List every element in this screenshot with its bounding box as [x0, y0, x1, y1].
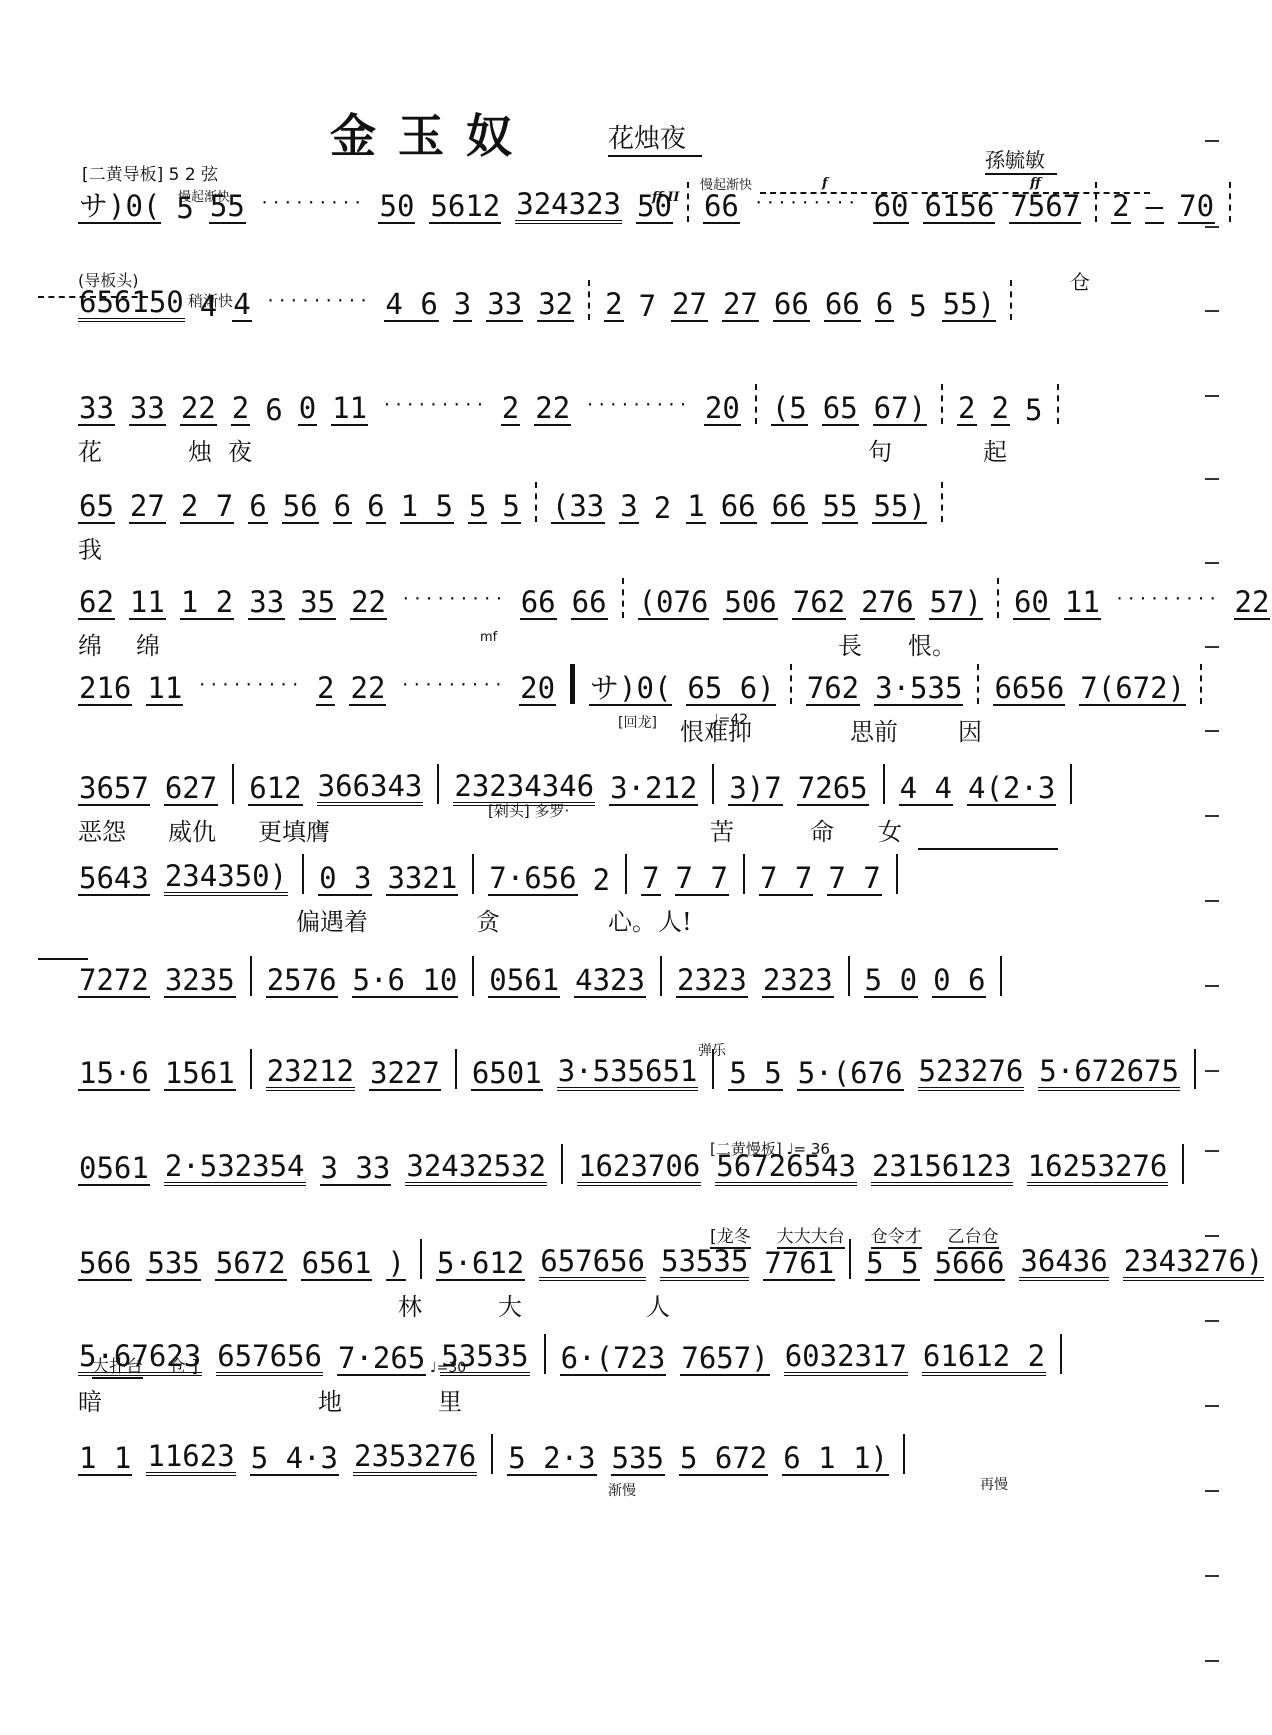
margin-mark [1205, 1150, 1219, 1152]
note-group: 6656 [993, 674, 1065, 706]
sustain-dots: ········· [260, 193, 365, 212]
note-group: 5 0 [864, 966, 918, 998]
note-group: 5 5 [728, 1059, 782, 1091]
lyric-text: 句 [868, 432, 892, 467]
note-group: 4 [199, 292, 218, 322]
lyric-text: 绵 [136, 626, 160, 661]
note-group: 6 1 1) [782, 1444, 889, 1476]
note-group: 65 [822, 394, 859, 426]
note-group: 27 [671, 290, 708, 322]
note-group: 7·656 [488, 864, 577, 896]
barline [535, 482, 537, 522]
barline [755, 384, 757, 424]
note-group: 22 [1234, 588, 1271, 620]
note-group: 23234346 [453, 772, 595, 806]
note-group: 324323 [515, 190, 622, 224]
note-group: 61612 2 [922, 1342, 1046, 1376]
note-group: 7761 [763, 1249, 835, 1281]
note-group: 22 [350, 588, 387, 620]
note-group: 66 [771, 492, 808, 524]
note-group: 5·67623 [78, 1342, 202, 1376]
note-group: 3·212 [609, 774, 698, 806]
tempo-marking: 再慢 [980, 1474, 1008, 1494]
barline [660, 956, 662, 996]
barline [1070, 764, 1072, 804]
note-group: 762 [806, 674, 860, 706]
lyric-text: 花 [78, 432, 102, 467]
note-group: 5 5 [865, 1249, 919, 1281]
note-group: 60 [873, 192, 910, 224]
note-group: 22 [180, 394, 217, 426]
margin-mark [1205, 1490, 1219, 1492]
note-group: 65 [78, 492, 115, 524]
margin-mark [1205, 310, 1219, 312]
note-group: 4323 [574, 966, 646, 998]
notation-line: 62111 2333522·········6666(0765067622765… [78, 576, 1138, 620]
note-group: 2343276) [1123, 1247, 1265, 1281]
notation-line: 65272 7656661 555(3332166665555) [78, 480, 1138, 524]
extension-line [918, 848, 1058, 850]
sustain-dots: ········· [1115, 589, 1220, 608]
note-group: 6501 [471, 1059, 543, 1091]
note-group: 216 [78, 674, 132, 706]
note-group: 67) [873, 394, 927, 426]
barline [1200, 664, 1202, 704]
note-group: 60 [1013, 588, 1050, 620]
note-group: 0 3 [318, 864, 372, 896]
note-group: 27 [722, 290, 759, 322]
note-group: 23156123 [871, 1152, 1013, 1186]
note-group: 62 [78, 588, 115, 620]
note-group: 2323 [676, 966, 748, 998]
note-group: 1623706 [577, 1152, 701, 1186]
barline [588, 280, 590, 320]
margin-mark [1205, 226, 1219, 228]
margin-mark [1205, 140, 1219, 142]
note-group: 57) [929, 588, 983, 620]
lyrics-line: 恨难抑思前因 [78, 712, 1138, 744]
barline [1194, 1049, 1196, 1089]
note-group: 657656 [216, 1342, 323, 1376]
barline [896, 854, 898, 894]
notation-system: 65272 7656661 555(3332166665555)我 [78, 480, 1138, 562]
note-group: 5·612 [436, 1249, 525, 1281]
note-group: 535 [146, 1249, 200, 1281]
notation-line: 65615044·········4 63333227272766666555) [78, 278, 1138, 322]
lyrics-line: 林大人 [78, 1287, 1138, 1319]
barline [743, 854, 745, 894]
note-group: 66 [720, 492, 757, 524]
barline [420, 1239, 422, 1279]
note-group: 2 [957, 394, 976, 426]
note-group: 1 1 [78, 1444, 132, 1476]
notation-system: 21611·········222·········20サ)0(65 6)762… [78, 662, 1138, 744]
barline [790, 664, 792, 704]
notation-line: 21611·········222·········20サ)0(65 6)762… [78, 662, 1138, 706]
note-group: 65 6) [686, 674, 775, 706]
note-group: 5 [468, 492, 487, 524]
note-group: サ)0( [589, 674, 672, 706]
note-group: 33 [248, 588, 285, 620]
note-group: 7 [638, 292, 657, 322]
barline [712, 1049, 714, 1089]
sustain-dots: ········· [585, 395, 690, 414]
note-group: 56726543 [715, 1152, 857, 1186]
note-group: 20 [519, 674, 556, 706]
barline [687, 182, 689, 222]
lyric-text: 更填膺 [258, 812, 330, 847]
note-group: 535 [611, 1444, 665, 1476]
note-group: 7(672) [1079, 674, 1186, 706]
margin-mark [1205, 1070, 1219, 1072]
notation-system: 5643234350)0 333217·656277 77 77 7偏遇着贪心。… [78, 852, 1138, 934]
barline [1060, 1334, 1062, 1374]
note-group: 1561 [164, 1059, 236, 1091]
note-group: 1 [686, 492, 705, 524]
lyrics-line: 花烛夜句起 [78, 432, 1138, 464]
note-group: 2 [991, 394, 1010, 426]
note-group: 6·(723 [560, 1344, 667, 1376]
barline [941, 384, 943, 424]
notation-system: 05612·5323543 33324325321623706567265432… [78, 1142, 1138, 1186]
note-group: 2576 [266, 966, 338, 998]
notation-system: 33332226011·········222·········20(56567… [78, 382, 1138, 464]
note-group: 5666 [934, 1249, 1006, 1281]
note-group: 3227 [369, 1059, 441, 1091]
barline [903, 1434, 905, 1474]
margin-mark [1205, 1405, 1219, 1407]
lyric-text: 恶怨 [78, 812, 126, 847]
note-group: サ)0( [78, 192, 161, 224]
note-group: 32432532 [405, 1152, 547, 1186]
lyric-text: 長 [838, 626, 862, 661]
note-group: 0 6 [932, 966, 986, 998]
margin-mark [1205, 646, 1219, 648]
barline [625, 854, 627, 894]
margin-mark [1205, 478, 1219, 480]
note-group: 366343 [317, 772, 424, 806]
note-group: 4(2·3 [967, 774, 1056, 806]
note-group: 1 2 [180, 588, 234, 620]
note-group: 5 [1024, 396, 1043, 426]
lyric-text: 偏遇着 [296, 902, 368, 937]
lyrics-line: 恶怨威仇更填膺苦命女 [78, 812, 1138, 844]
notation-line: サ)0(555·········5056123243235066········… [78, 180, 1138, 224]
note-group: 20 [704, 394, 741, 426]
lyric-text: 恨。 [908, 626, 956, 661]
lyric-text: 林 [398, 1287, 422, 1322]
note-group: 7567 [1009, 192, 1081, 224]
note-group: 6032317 [784, 1342, 908, 1376]
note-group: 11 [146, 674, 183, 706]
note-group: 3)7 [728, 774, 782, 806]
margin-mark [1205, 1235, 1219, 1237]
note-group: (33 [551, 492, 605, 524]
note-group: 5 [501, 492, 520, 524]
tempo-marking: 渐慢 [608, 1480, 636, 1500]
note-group: 15·6 [78, 1059, 150, 1091]
notation-line: 15·6156123212322765013·5356515 55·(67652… [78, 1047, 1138, 1091]
lyric-text: 思前 [850, 712, 898, 747]
note-group: 33 [78, 394, 115, 426]
barline [491, 1434, 493, 1474]
barline [622, 578, 624, 618]
note-group: 612 [248, 774, 302, 806]
margin-mark [1205, 815, 1219, 817]
notation-system: 65615044·········4 63333227272766666555) [78, 278, 1138, 322]
note-group: 23212 [266, 1057, 355, 1091]
note-group: 0 [298, 394, 317, 426]
barline [849, 1239, 851, 1279]
notation-line: 05612·5323543 33324325321623706567265432… [78, 1142, 1138, 1186]
note-group: 6156 [923, 192, 995, 224]
barline [472, 854, 474, 894]
note-group: (5 [771, 394, 808, 426]
note-group: 32 [537, 290, 574, 322]
note-group: 2 [653, 494, 672, 524]
lyric-text: 人 [646, 1287, 670, 1322]
notation-system: 62111 2333522·········6666(0765067622765… [78, 576, 1138, 658]
note-group: 7 7 [759, 864, 813, 896]
note-group: 234350) [164, 862, 288, 896]
note-group: 53535 [440, 1342, 529, 1376]
note-group: 22 [349, 674, 386, 706]
note-group: 5·672675 [1038, 1057, 1180, 1091]
barline [455, 1049, 457, 1089]
note-group: 7657) [680, 1344, 769, 1376]
note-group: 66 [824, 290, 861, 322]
note-group: 55) [872, 492, 926, 524]
note-group: 5 672 [679, 1444, 768, 1476]
note-group: 5672 [215, 1249, 287, 1281]
note-group: 2 [231, 394, 250, 426]
barline [250, 956, 252, 996]
note-group: 5 [175, 194, 194, 224]
note-group: 2 [604, 290, 623, 322]
lyric-text: 绵 [78, 626, 102, 661]
sustain-dots: ········· [197, 675, 302, 694]
lyric-text: 里 [438, 1382, 462, 1417]
note-group: 11623 [146, 1442, 235, 1476]
notation-line: 1 1116235 4·323532765 2·35355 6726 1 1) [78, 1432, 1138, 1476]
lyric-text: 大 [498, 1287, 522, 1322]
lyric-text: 地 [318, 1382, 342, 1417]
note-group: 55 [209, 192, 246, 224]
barline [544, 1334, 546, 1374]
note-group: 5·(676 [797, 1059, 904, 1091]
note-group: 7·265 [337, 1344, 426, 1376]
score-title: 金玉奴 [330, 100, 534, 166]
note-group: 2 7 [180, 492, 234, 524]
margin-mark [1205, 562, 1219, 564]
note-group: 6 [366, 492, 385, 524]
note-group: 2·532354 [164, 1152, 306, 1186]
barline [848, 956, 850, 996]
note-group: 6561 [301, 1249, 373, 1281]
lyric-text: 因 [958, 712, 982, 747]
note-group: 4 4 [899, 774, 953, 806]
note-group: 6 [264, 396, 283, 426]
note-group: 5643 [78, 864, 150, 896]
note-group: 627 [164, 774, 218, 806]
note-group: 2 [1111, 192, 1130, 224]
note-group: 523276 [918, 1057, 1025, 1091]
barline [1095, 182, 1097, 222]
note-group: 3 33 [320, 1154, 392, 1186]
note-group: 7272 [78, 966, 150, 998]
note-group: 5 2·3 [507, 1444, 596, 1476]
lyric-text: 命 [810, 812, 834, 847]
note-group: 16253276 [1027, 1152, 1169, 1186]
barline [977, 664, 979, 704]
barline [1000, 956, 1002, 996]
barline [883, 764, 885, 804]
margin-mark [1205, 900, 1219, 902]
note-group: 762 [792, 588, 846, 620]
note-group: – [1145, 192, 1164, 224]
note-group: 56 [282, 492, 319, 524]
sustain-dots: ········· [754, 193, 859, 212]
note-group: 66 [773, 290, 810, 322]
note-group: 7 [641, 864, 660, 896]
note-group: 2 [501, 394, 520, 426]
note-group: 7 7 [827, 864, 881, 896]
note-group: 2323 [762, 966, 834, 998]
note-group: 66 [520, 588, 557, 620]
sustain-dots: ········· [382, 395, 487, 414]
notation-system: サ)0(555·········5056123243235066········… [78, 180, 1138, 224]
note-group: 11 [1064, 588, 1101, 620]
notation-system: 7272323525765·6 1005614323232323235 00 6 [78, 954, 1138, 998]
note-group: ) [386, 1249, 405, 1281]
barline [232, 764, 234, 804]
barline [302, 854, 304, 894]
note-group: 656150 [78, 288, 185, 322]
note-group: 66 [571, 588, 608, 620]
note-group: 22 [534, 394, 571, 426]
note-group: 35 [299, 588, 336, 620]
margin-mark [1205, 1575, 1219, 1577]
note-group: 0561 [488, 966, 560, 998]
note-group: 33 [129, 394, 166, 426]
note-group: 7265 [797, 774, 869, 806]
note-group: 3321 [386, 864, 458, 896]
note-group: 66 [703, 192, 740, 224]
barline [941, 482, 943, 522]
lyric-text: 贪 [476, 902, 500, 937]
sustain-dots: ········· [400, 675, 505, 694]
note-group: 3·535651 [557, 1057, 699, 1091]
note-group: 657656 [539, 1247, 646, 1281]
notation-system: 3657627612366343232343463·2123)772654 44… [78, 762, 1138, 844]
note-group: 6 [248, 492, 267, 524]
barline [1229, 182, 1231, 222]
note-group: 7 7 [675, 864, 729, 896]
notation-line: 7272323525765·6 1005614323232323235 00 6 [78, 954, 1138, 998]
note-group: 11 [129, 588, 166, 620]
lyrics-line: 绵绵長恨。 [78, 626, 1138, 658]
notation-system: 1 1116235 4·323532765 2·35355 6726 1 1) [78, 1432, 1138, 1476]
barline [1182, 1144, 1184, 1184]
note-group: (076 [638, 588, 710, 620]
note-group: 53535 [660, 1247, 749, 1281]
lyric-text: 夜 [228, 432, 252, 467]
score-subtitle: 花烛夜 [608, 118, 702, 157]
barline [712, 764, 714, 804]
sustain-dots: ········· [401, 589, 506, 608]
notation-line: 5643234350)0 333217·656277 77 77 7 [78, 852, 1138, 896]
notation-system: 56653556726561)5·6126576565353577615 556… [78, 1237, 1138, 1319]
notation-line: 56653556726561)5·6126576565353577615 556… [78, 1237, 1138, 1281]
note-group: 3·535 [874, 674, 963, 706]
note-group: 55 [822, 492, 859, 524]
notation-line: 33332226011·········222·········20(56567… [78, 382, 1138, 426]
composer-name: 孫毓敏 [985, 144, 1057, 175]
note-group: 5·6 10 [352, 966, 459, 998]
notation-system: 15·6156123212322765013·5356515 55·(67652… [78, 1047, 1138, 1091]
note-group: 6 [333, 492, 352, 524]
note-group: 27 [129, 492, 166, 524]
barline [250, 1049, 252, 1089]
note-group: 4 6 [384, 290, 438, 322]
barline [437, 764, 439, 804]
note-group: 276 [860, 588, 914, 620]
margin-mark [1205, 730, 1219, 732]
lyric-text: 女 [878, 812, 902, 847]
note-group: 2 [592, 866, 611, 896]
barline [472, 956, 474, 996]
note-group: 50 [378, 192, 415, 224]
lyric-text: 我 [78, 530, 102, 565]
lyrics-line: 暗地里 [78, 1382, 1138, 1414]
note-group: 2 [316, 674, 335, 706]
notation-line: 5·676236576567·265535356·(7237657)603231… [78, 1332, 1138, 1376]
note-group: 5 [908, 292, 927, 322]
barline [561, 1144, 563, 1184]
note-group: 5 4·3 [250, 1444, 339, 1476]
note-group: 4 [232, 290, 251, 322]
note-group: 3 [453, 290, 472, 322]
note-group: 566 [78, 1249, 132, 1281]
barline [1010, 280, 1012, 320]
note-group: 55) [942, 290, 996, 322]
note-group: 3 [619, 492, 638, 524]
barline [570, 664, 575, 704]
lyric-text: 人! [658, 902, 692, 937]
lyric-text: 恨难抑 [680, 712, 752, 747]
lyrics-line: 我 [78, 530, 1138, 562]
note-group: 6 [875, 290, 894, 322]
note-group: 11 [331, 394, 368, 426]
margin-mark [1205, 985, 1219, 987]
barline [997, 578, 999, 618]
note-group: 36436 [1019, 1247, 1108, 1281]
lyric-text: 苦 [710, 812, 734, 847]
note-group: 3657 [78, 774, 150, 806]
lyric-text: 暗 [78, 1382, 102, 1417]
margin-mark [1205, 1660, 1219, 1662]
margin-mark [1205, 1320, 1219, 1322]
note-group: 70 [1178, 192, 1215, 224]
sustain-dots: ········· [266, 291, 371, 310]
note-group: 50 [636, 192, 673, 224]
lyric-text: 烛 [188, 432, 212, 467]
lyric-text: 心。 [608, 902, 656, 937]
note-group: 3235 [164, 966, 236, 998]
note-group: 5612 [429, 192, 501, 224]
note-group: 0561 [78, 1154, 150, 1186]
lyric-text: 威仇 [168, 812, 216, 847]
